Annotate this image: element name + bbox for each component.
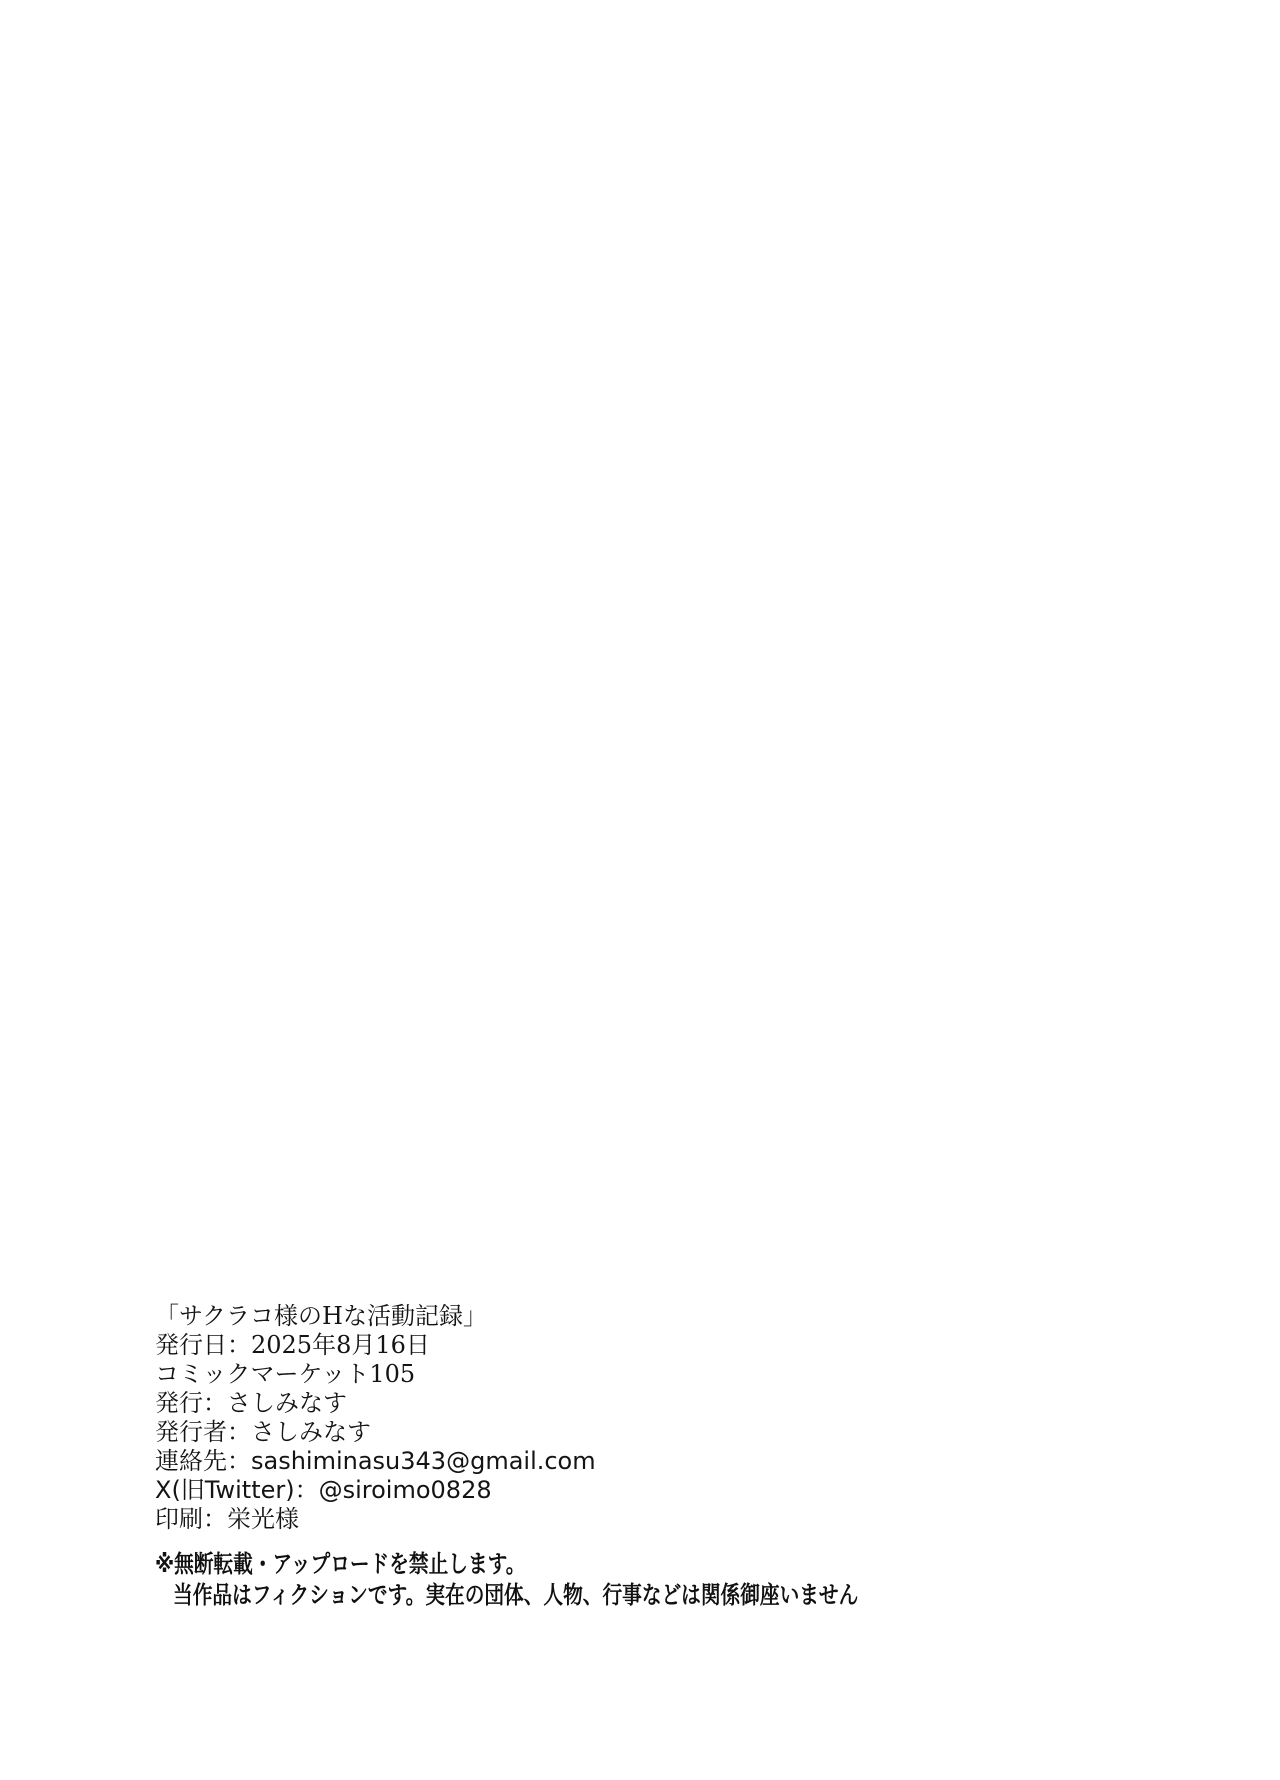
event-name: コミックマーケット105 bbox=[155, 1360, 596, 1389]
printer: 印刷：栄光様 bbox=[155, 1505, 596, 1534]
book-title: 「サクラコ様のHな活動記録」 bbox=[155, 1302, 596, 1331]
no-repost-notice: ※無断転載・アップロードを禁止します。 bbox=[155, 1549, 858, 1580]
author: 発行者：さしみなす bbox=[155, 1418, 596, 1447]
contact-email: 連絡先：sashiminasu343@gmail.com bbox=[155, 1447, 596, 1476]
colophon-block: 「サクラコ様のHな活動記録」 発行日：2025年8月16日 コミックマーケット1… bbox=[155, 1302, 596, 1534]
colophon-page: 「サクラコ様のHな活動記録」 発行日：2025年8月16日 コミックマーケット1… bbox=[0, 0, 1280, 1780]
publisher: 発行：さしみなす bbox=[155, 1389, 596, 1418]
publish-date: 発行日：2025年8月16日 bbox=[155, 1331, 596, 1360]
fiction-notice: 当作品はフィクションです。実在の団体、人物、行事などは関係御座いません bbox=[155, 1580, 858, 1611]
disclaimer-block: ※無断転載・アップロードを禁止します。 当作品はフィクションです。実在の団体、人… bbox=[155, 1549, 858, 1611]
twitter-handle: X(旧Twitter)：@siroimo0828 bbox=[155, 1476, 596, 1505]
